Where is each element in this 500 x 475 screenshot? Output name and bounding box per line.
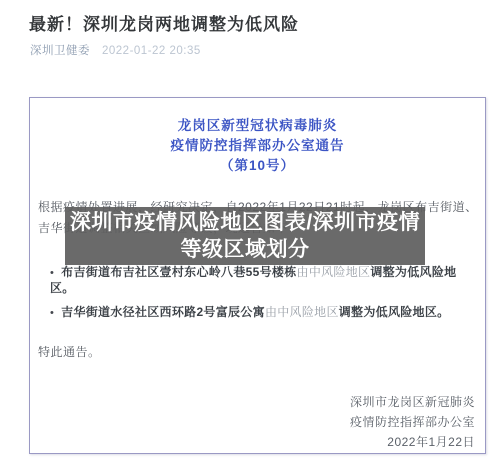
signature-line-2: 疫情防控指挥部办公室 [350, 412, 475, 432]
list-item: •布吉街道布吉社区壹村东心岭八巷55号楼栋由中风险地区调整为低风险地区。 [50, 265, 477, 296]
bullet-icon: • [50, 267, 54, 279]
notice-heading-line-2: 疫情防控指挥部办公室通告 [30, 136, 485, 156]
bullet-mid: 由中风险地区 [297, 265, 371, 279]
bullet-icon: • [50, 307, 54, 319]
notice-signature: 深圳市龙岗区新冠肺炎 疫情防控指挥部办公室 2022年1月22日 [350, 392, 475, 452]
notice-heading: 龙岗区新型冠状病毒肺炎 疫情防控指挥部办公室通告 （第10号） [30, 116, 485, 176]
signature-line-1: 深圳市龙岗区新冠肺炎 [350, 392, 475, 412]
notice-document-image: 龙岗区新型冠状病毒肺炎 疫情防控指挥部办公室通告 （第10号） 根据疫情处置进展… [29, 97, 486, 454]
list-item: •吉华街道水径社区西环路2号富辰公寓由中风险地区调整为低风险地区。 [50, 305, 477, 321]
notice-heading-line-1: 龙岗区新型冠状病毒肺炎 [30, 116, 485, 136]
page-title: 最新！深圳龙岗两地调整为低风险 [29, 10, 299, 35]
source-link[interactable]: 深圳卫健委 [30, 45, 90, 57]
notice-closing: 特此通告。 [38, 343, 101, 360]
signature-date: 2022年1月22日 [350, 432, 475, 452]
notice-heading-line-3: （第10号） [30, 156, 485, 176]
bullet-location: 吉华街道水径社区西环路2号富辰公寓 [61, 305, 265, 319]
bullet-location: 布吉街道布吉社区壹村东心岭八巷55号楼栋 [61, 265, 296, 279]
bullet-mid: 由中风险地区 [265, 305, 339, 319]
byline: 深圳卫健委2022-01-22 20:35 [30, 42, 201, 58]
watermark-caption-overlay: 深圳市疫情风险地区图表/深圳市疫情等级区域划分 [65, 207, 425, 265]
bullet-result: 调整为低风险地区。 [339, 305, 450, 319]
watermark-caption-text: 深圳市疫情风险地区图表/深圳市疫情等级区域划分 [69, 209, 421, 263]
publish-timestamp: 2022-01-22 20:35 [102, 45, 201, 57]
